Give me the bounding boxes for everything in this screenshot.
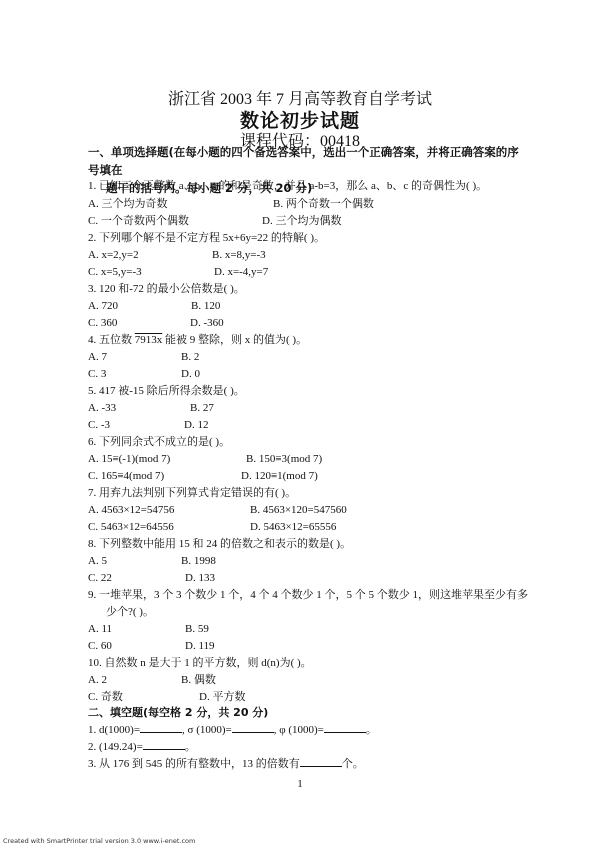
- fill-in-1-sigma: , σ (1000)=: [182, 724, 232, 736]
- question-3-stem: 3. 120 和-72 的最小公倍数是( )。: [88, 282, 245, 296]
- q9-option-d: D. 119: [185, 639, 215, 653]
- section1-heading-line1: 一、单项选择题(在每小题的四个备选答案中，选出一个正确答案，并将正确答案的序号填…: [88, 145, 519, 177]
- q9-option-a: A. 11: [88, 622, 112, 636]
- q10-option-c: C. 奇数: [88, 690, 123, 704]
- q1-option-c: C. 一个奇数两个偶数: [88, 214, 189, 228]
- q5-option-b: B. 27: [190, 401, 214, 415]
- question-6-stem: 6. 下列同余式不成立的是( )。: [88, 435, 230, 449]
- q2-option-b: B. x=8,y=-3: [212, 248, 266, 262]
- question-9-stem-cont: 少个?( )。: [106, 605, 154, 619]
- q8-option-a: A. 5: [88, 554, 107, 568]
- q10-option-b: B. 偶数: [181, 673, 216, 687]
- q1-option-d: D. 三个均为偶数: [262, 214, 341, 228]
- q2-option-a: A. x=2,y=2: [88, 248, 139, 262]
- section2-heading: 二、填空题(每空格 2 分，共 20 分): [88, 704, 528, 722]
- question-2-stem: 2. 下列哪个解不是不定方程 5x+6y=22 的特解( )。: [88, 231, 325, 245]
- fill-in-2-text: 2. (149.24)=: [88, 741, 143, 753]
- fill-in-1-d: 1. d(1000)=: [88, 724, 140, 736]
- q4-overlined-number: 7913x: [135, 334, 163, 346]
- q10-option-a: A. 2: [88, 673, 107, 687]
- q3-option-d: D. -360: [190, 316, 224, 330]
- fill-in-3-text: 3. 从 176 到 545 的所有整数中，13 的倍数有: [88, 758, 300, 770]
- fill-in-1: 1. d(1000)=, σ (1000)=, φ (1000)=。: [88, 722, 377, 737]
- question-5-stem: 5. 417 被-15 除后所得余数是( )。: [88, 384, 245, 398]
- q5-option-c: C. -3: [88, 418, 110, 432]
- question-8-stem: 8. 下列整数中能用 15 和 24 的倍数之和表示的数是( )。: [88, 537, 351, 551]
- answer-blank[interactable]: [232, 722, 274, 733]
- question-9-stem: 9. 一堆苹果，3 个 3 个数少 1 个，4 个 4 个数少 1 个，5 个 …: [88, 588, 528, 602]
- q4-option-c: C. 3: [88, 367, 106, 381]
- question-1-stem: 1. 已知三个正整数 a、b、c 的和是奇数，并且 a-b=3，那么 a、b、c…: [88, 179, 487, 193]
- q1-option-a: A. 三个均为奇数: [88, 197, 167, 211]
- q3-option-a: A. 720: [88, 299, 118, 313]
- fill-in-1-phi: , φ (1000)=: [274, 724, 324, 736]
- q8-option-c: C. 22: [88, 571, 112, 585]
- q7-option-a: A. 4563×12=54756: [88, 503, 174, 517]
- fill-in-2-end: 。: [185, 741, 196, 753]
- watermark-footer: Created with SmartPrinter trial version …: [3, 837, 195, 845]
- fill-in-3: 3. 从 176 到 545 的所有整数中，13 的倍数有个。: [88, 756, 364, 771]
- q4-option-a: A. 7: [88, 350, 107, 364]
- q3-option-c: C. 360: [88, 316, 117, 330]
- fill-in-3-end: 个。: [342, 758, 364, 770]
- q2-option-c: C. x=5,y=-3: [88, 265, 142, 279]
- q9-option-b: B. 59: [185, 622, 209, 636]
- q5-option-a: A. -33: [88, 401, 116, 415]
- answer-blank[interactable]: [143, 739, 185, 750]
- answer-blank[interactable]: [140, 722, 182, 733]
- page-number: 1: [0, 778, 600, 790]
- q4-stem-pre: 4. 五位数: [88, 334, 135, 346]
- question-10-stem: 10. 自然数 n 是大于 1 的平方数，则 d(n)为( )。: [88, 656, 312, 670]
- q4-option-d: D. 0: [181, 367, 200, 381]
- answer-blank[interactable]: [324, 722, 366, 733]
- answer-blank[interactable]: [300, 756, 342, 767]
- q8-option-b: B. 1998: [181, 554, 216, 568]
- q10-option-d: D. 平方数: [199, 690, 245, 704]
- question-7-stem: 7. 用弃九法判别下列算式肯定错误的有( )。: [88, 486, 296, 500]
- q7-option-d: D. 5463×12=65556: [250, 520, 336, 534]
- q4-option-b: B. 2: [181, 350, 199, 364]
- q9-option-c: C. 60: [88, 639, 112, 653]
- fill-in-1-end: 。: [366, 724, 377, 736]
- q6-option-c: C. 165≡4(mod 7): [88, 469, 164, 483]
- q5-option-d: D. 12: [184, 418, 208, 432]
- q6-option-b: B. 150≡3(mod 7): [246, 452, 322, 466]
- q1-option-b: B. 两个奇数一个偶数: [273, 197, 374, 211]
- q6-option-d: D. 120≡1(mod 7): [241, 469, 318, 483]
- q3-option-b: B. 120: [191, 299, 220, 313]
- q4-stem-post: 能被 9 整除，则 x 的值为( )。: [162, 334, 307, 346]
- question-4-stem: 4. 五位数 7913x 能被 9 整除，则 x 的值为( )。: [88, 333, 307, 347]
- q8-option-d: D. 133: [185, 571, 215, 585]
- q7-option-b: B. 4563×120=547560: [250, 503, 347, 517]
- fill-in-2: 2. (149.24)=。: [88, 739, 196, 754]
- q2-option-d: D. x=-4,y=7: [214, 265, 268, 279]
- q7-option-c: C. 5463×12=64556: [88, 520, 174, 534]
- q6-option-a: A. 15≡(-1)(mod 7): [88, 452, 170, 466]
